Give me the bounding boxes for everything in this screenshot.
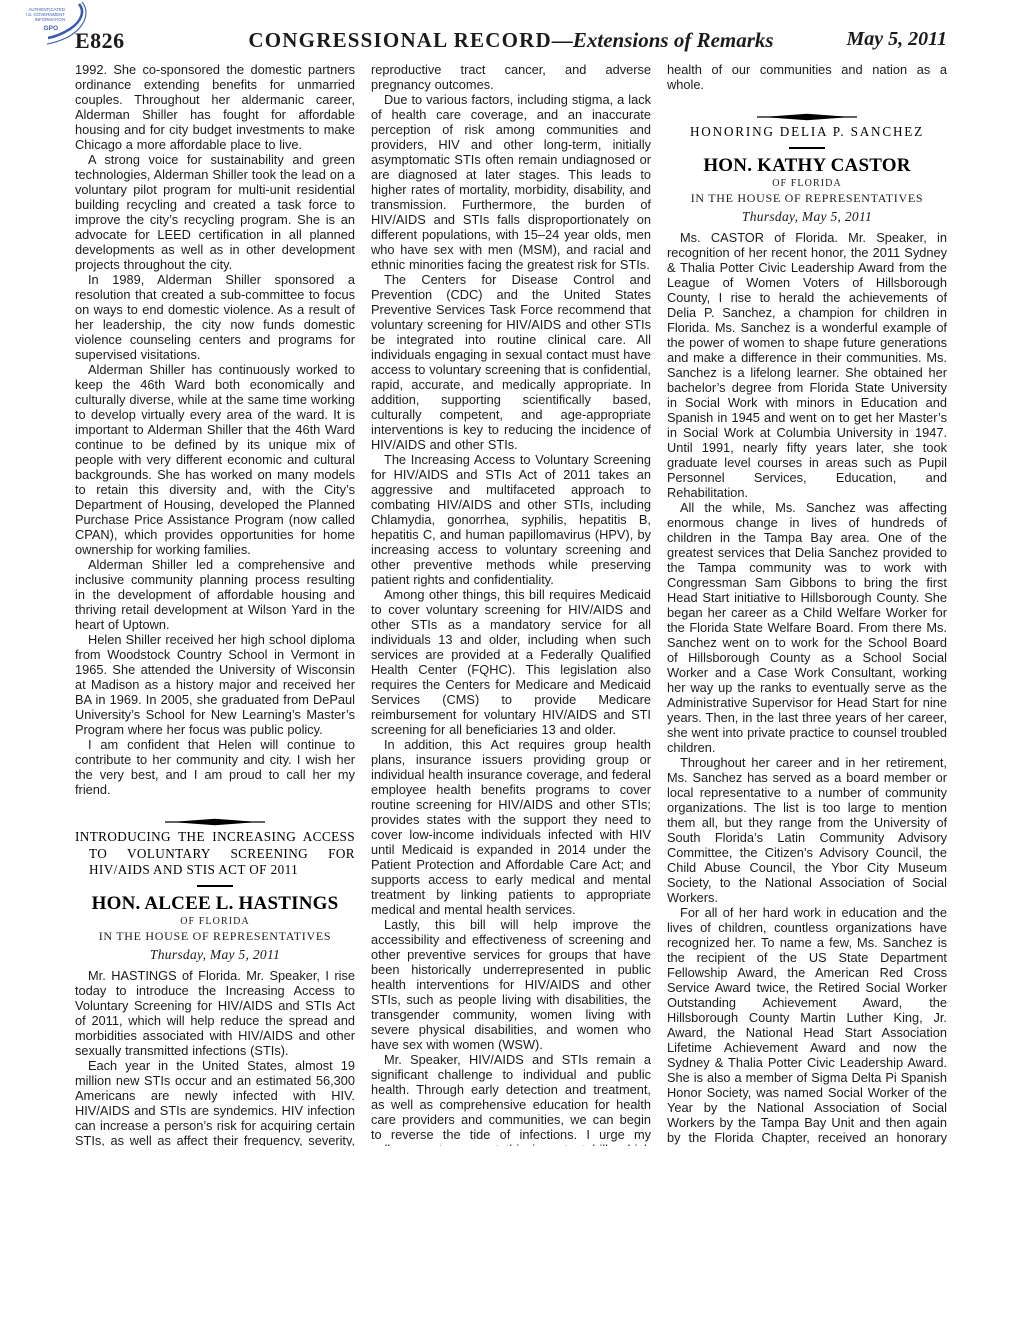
paragraph: Ms. CASTOR of Florida. Mr. Speaker, in r…: [667, 230, 947, 500]
paragraph: Alderman Shiller has continuously worked…: [75, 362, 355, 557]
member-state: OF FLORIDA: [667, 178, 947, 189]
column-2: reproductive tract cancer, and adverse p…: [371, 62, 651, 1146]
paragraph: For all of her hard work in education an…: [667, 905, 947, 1147]
ornamental-divider: [757, 108, 857, 116]
paragraph: In addition, this Act requires group hea…: [371, 737, 651, 917]
diamond-rule-icon: [757, 113, 857, 121]
gpo-seal-text-gpo: GPO: [44, 25, 58, 32]
heading-rule: [789, 147, 825, 149]
paragraph: Throughout her career and in her retirem…: [667, 755, 947, 905]
paragraph: Due to various factors, including stigma…: [371, 92, 651, 272]
chamber-line: IN THE HOUSE OF REPRESENTATIVES: [667, 191, 947, 206]
section-title: Extensions of Remarks: [573, 28, 774, 52]
paragraph: Lastly, this bill will help improve the …: [371, 917, 651, 1052]
paragraph-continuation: reproductive tract cancer, and adverse p…: [371, 62, 651, 92]
publication-title: CONGRESSIONAL RECORD: [248, 28, 551, 52]
column-1: 1992. She co-sponsored the domestic part…: [75, 62, 355, 1146]
paragraph: In 1989, Alderman Shiller sponsored a re…: [75, 272, 355, 362]
session-date: Thursday, May 5, 2011: [667, 209, 947, 225]
text-columns: 1992. She co-sponsored the domestic part…: [75, 62, 947, 1146]
paragraph: Mr. HASTINGS of Florida. Mr. Speaker, I …: [75, 968, 355, 1058]
paragraph: Helen Shiller received her high school d…: [75, 632, 355, 737]
session-date: Thursday, May 5, 2011: [75, 947, 355, 963]
paragraph: Mr. Speaker, HIV/AIDS and STIs remain a …: [371, 1052, 651, 1146]
paragraph: The Centers for Disease Control and Prev…: [371, 272, 651, 452]
column-3: health of our communities and nation as …: [667, 62, 947, 1146]
em-dash: —: [552, 28, 573, 52]
gpo-seal-text-line3: INFORMATION: [35, 17, 65, 22]
member-name-heading: HON. ALCEE L. HASTINGS: [75, 893, 355, 915]
congressional-record-page: AUTHENTICATED U.S. GOVERNMENT INFORMATIO…: [0, 0, 1020, 1320]
paragraph-continuation: health of our communities and nation as …: [667, 62, 947, 92]
paragraph: All the while, Ms. Sanchez was affecting…: [667, 500, 947, 755]
paragraph: Alderman Shiller led a comprehensive and…: [75, 557, 355, 632]
heading-rule: [197, 885, 233, 887]
member-state: OF FLORIDA: [75, 916, 355, 927]
diamond-rule-icon: [165, 818, 265, 826]
running-head: E826 CONGRESSIONAL RECORD—Extensions of …: [75, 26, 947, 60]
section-heading: INTRODUCING THE INCREASING ACCESS TO VOL…: [75, 829, 355, 879]
paragraph: A strong voice for sustainability and gr…: [75, 152, 355, 272]
chamber-line: IN THE HOUSE OF REPRESENTATIVES: [75, 929, 355, 944]
member-name-heading: HON. KATHY CASTOR: [667, 155, 947, 177]
paragraph: I am confident that Helen will continue …: [75, 737, 355, 797]
ornamental-divider: [165, 813, 265, 821]
paragraph: Each year in the United States, almost 1…: [75, 1058, 355, 1147]
paragraph-continuation: 1992. She co-sponsored the domestic part…: [75, 62, 355, 152]
publication-title-line: CONGRESSIONAL RECORD—Extensions of Remar…: [75, 28, 947, 53]
paragraph: The Increasing Access to Voluntary Scree…: [371, 452, 651, 587]
paragraph: Among other things, this bill requires M…: [371, 587, 651, 737]
section-heading: HONORING DELIA P. SANCHEZ: [667, 124, 947, 141]
issue-date: May 5, 2011: [846, 28, 947, 51]
